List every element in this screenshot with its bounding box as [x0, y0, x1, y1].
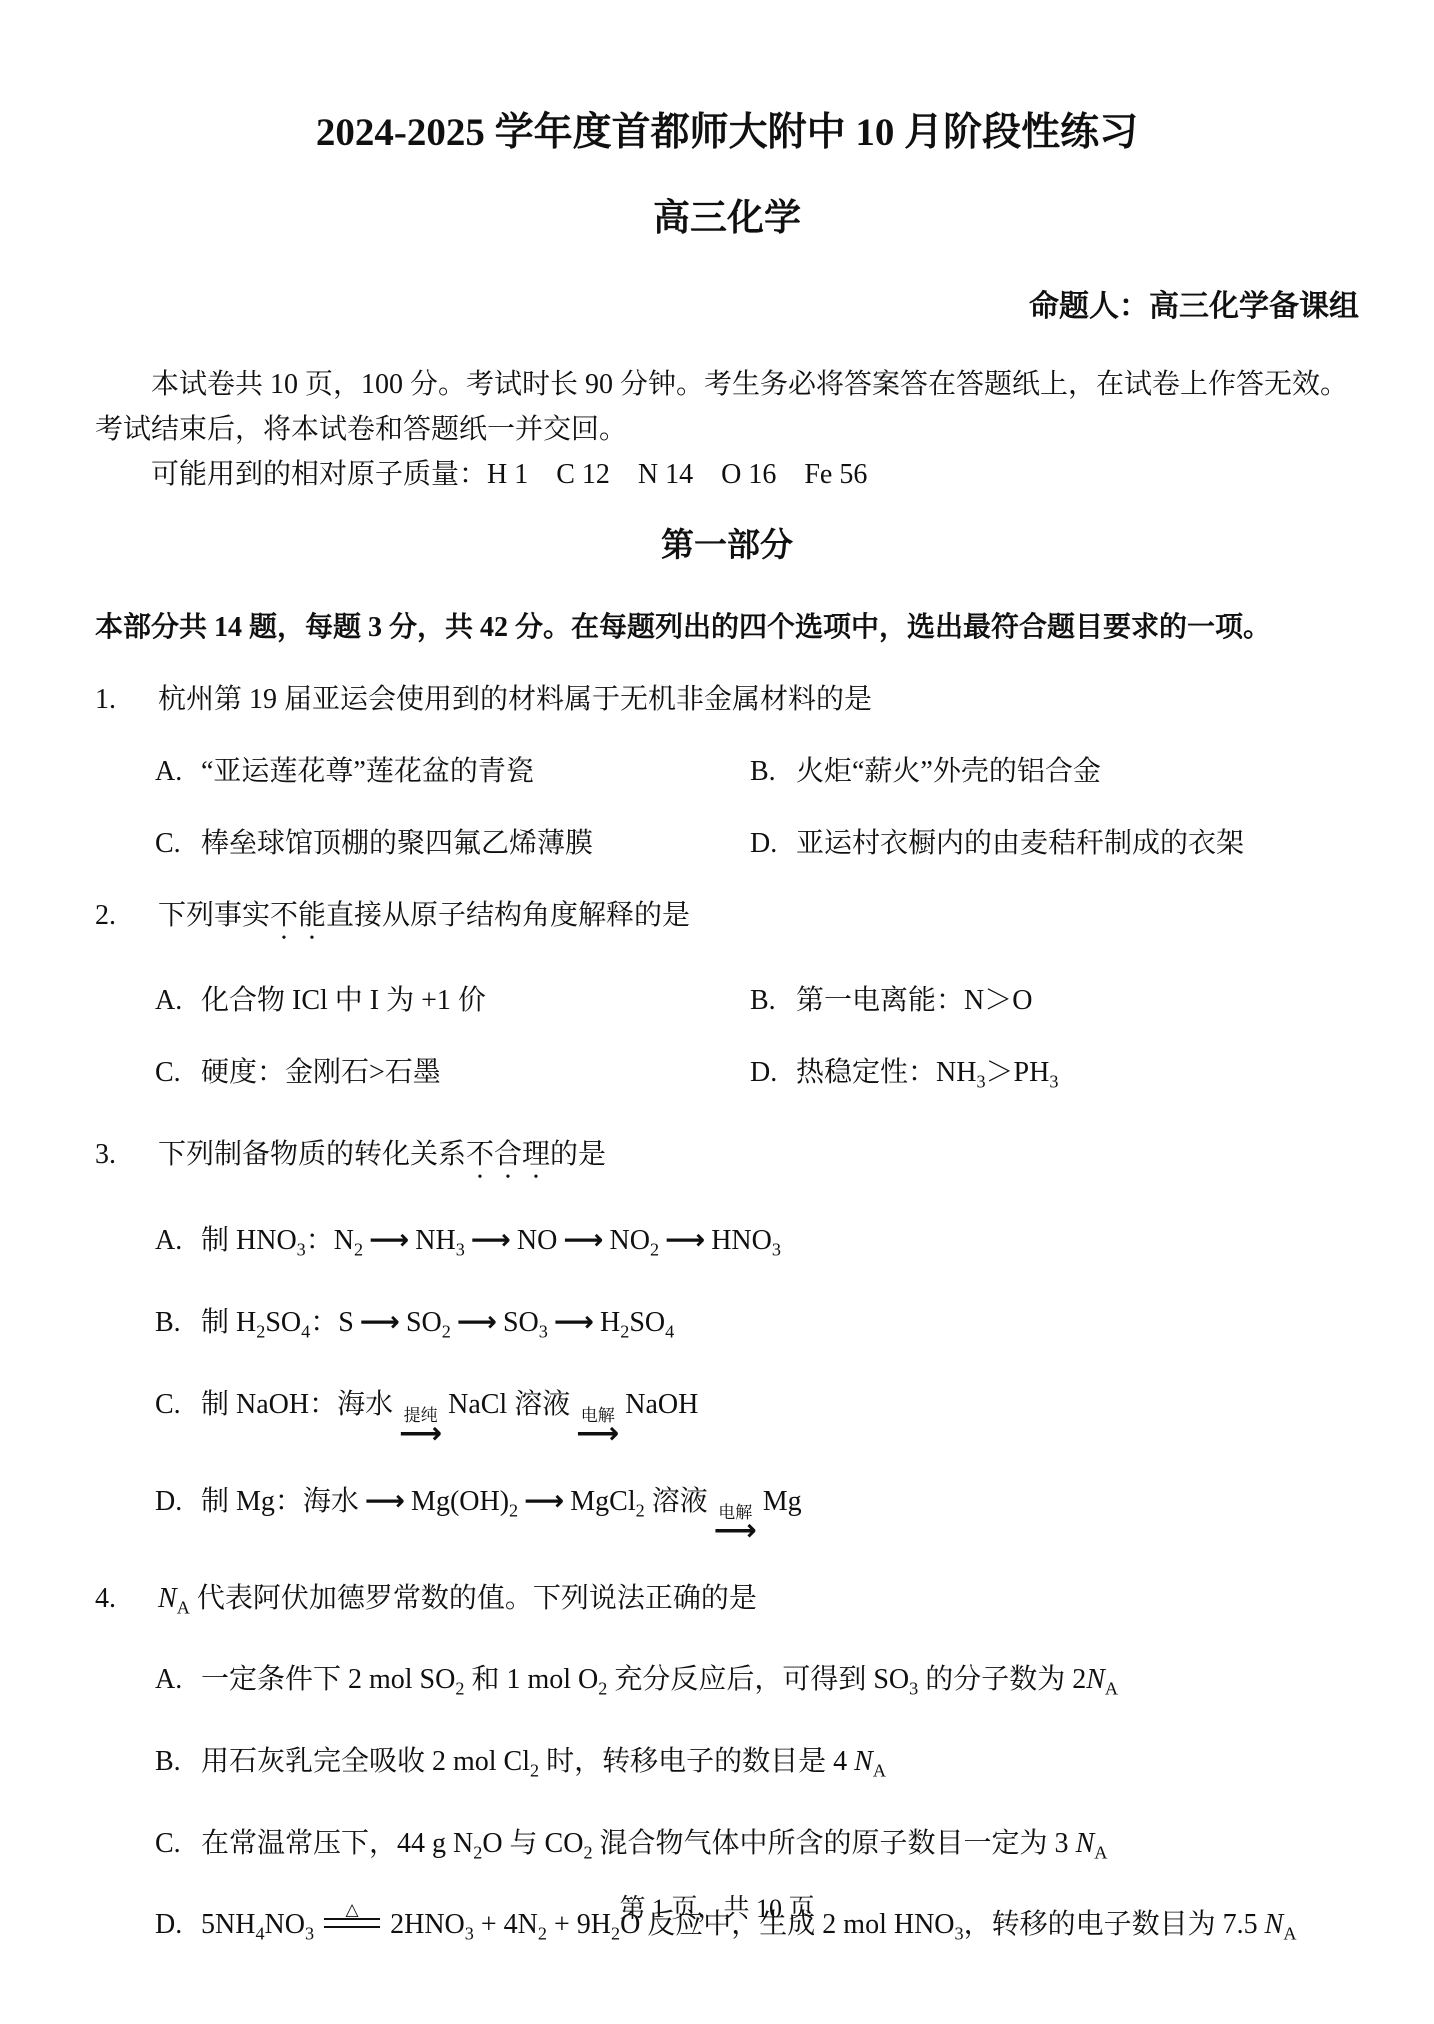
question: 3. 下列制备物质的转化关系不合理的是 A.制 HNO3：N2⟶NH3⟶NO⟶N… [95, 1137, 1359, 1544]
option-text: 亚运村衣橱内的由麦秸秆制成的衣架 [796, 828, 1244, 859]
atomic-masses-line: 可能用到的相对原子质量：H 1 C 12 N 14 O 16 Fe 56 [95, 452, 1359, 497]
option: A.“亚运莲花尊”莲花盆的青瓷 [155, 754, 750, 789]
option: A.一定条件下 2 mol SO2 和 1 mol O2 充分反应后，可得到 S… [155, 1662, 1359, 1707]
option-label: A. [155, 983, 201, 1018]
option: A.制 HNO3：N2⟶NH3⟶NO⟶NO2⟶HNO3 [155, 1222, 1359, 1268]
option: B.第一电离能：N＞O [750, 983, 1359, 1018]
option-label: C. [155, 1055, 201, 1090]
option-list: A.“亚运莲花尊”莲花盆的青瓷B.火炬“薪火”外壳的铝合金C.棒垒球馆顶棚的聚四… [95, 754, 1359, 861]
option-label: B. [750, 983, 796, 1018]
section-instruction: 本部分共 14 题，每题 3 分，共 42 分。在每题列出的四个选项中，选出最符… [95, 610, 1359, 645]
option: D.亚运村衣橱内的由麦秸秆制成的衣架 [750, 826, 1359, 861]
question-stem: NA 代表阿伏加德罗常数的值。下列说法正确的是 [158, 1581, 1359, 1626]
option: A.化合物 ICl 中 I 为 +1 价 [155, 983, 750, 1018]
page-footer: 第 1 页，共 10 页 [0, 1888, 1434, 1925]
question-list: 1. 杭州第 19 届亚运会使用到的材料属于无机非金属材料的是 A.“亚运莲花尊… [95, 682, 1359, 1952]
exam-intro: 本试卷共 10 页，100 分。考试时长 90 分钟。考生务必将答案答在答题纸上… [95, 362, 1359, 452]
option-text: 制 NaOH：海水提纯⟶NaCl 溶液电解⟶NaOH [201, 1389, 698, 1420]
question-stem-row: 2. 下列事实不能直接从原子结构角度解释的是 [95, 898, 1359, 946]
question-stem: 下列制备物质的转化关系不合理的是 [158, 1137, 1359, 1185]
option-label: B. [750, 754, 796, 789]
option-list: A.化合物 ICl 中 I 为 +1 价B.第一电离能：N＞OC.硬度：金刚石>… [95, 983, 1359, 1100]
section-title: 第一部分 [95, 525, 1359, 568]
question-stem: 杭州第 19 届亚运会使用到的材料属于无机非金属材料的是 [158, 682, 1359, 717]
option-text: 棒垒球馆顶棚的聚四氟乙烯薄膜 [201, 828, 593, 859]
option-text: 化合物 ICl 中 I 为 +1 价 [201, 985, 486, 1016]
question-stem-row: 3. 下列制备物质的转化关系不合理的是 [95, 1137, 1359, 1185]
option-text: 制 Mg：海水⟶Mg(OH)2⟶MgCl2 溶液电解⟶Mg [201, 1486, 802, 1517]
option-text: 用石灰乳完全吸收 2 mol Cl2 时，转移电子的数目是 4 NA [201, 1746, 886, 1777]
question-stem-row: 1. 杭州第 19 届亚运会使用到的材料属于无机非金属材料的是 [95, 682, 1359, 717]
option: C.硬度：金刚石>石墨 [155, 1055, 750, 1100]
question-number: 3. [95, 1137, 158, 1185]
option: C.制 NaOH：海水提纯⟶NaCl 溶液电解⟶NaOH [155, 1387, 1359, 1447]
option-text: 热稳定性：NH3＞PH3 [796, 1057, 1058, 1088]
question-number: 4. [95, 1581, 158, 1626]
option-label: D. [750, 826, 796, 861]
option: B.火炬“薪火”外壳的铝合金 [750, 754, 1359, 789]
option-text: 硬度：金刚石>石墨 [201, 1057, 441, 1088]
question: 1. 杭州第 19 届亚运会使用到的材料属于无机非金属材料的是 A.“亚运莲花尊… [95, 682, 1359, 861]
question: 2. 下列事实不能直接从原子结构角度解释的是 A.化合物 ICl 中 I 为 +… [95, 898, 1359, 1100]
option: D.热稳定性：NH3＞PH3 [750, 1055, 1359, 1100]
option-text: 在常温常压下，44 g N2O 与 CO2 混合物气体中所含的原子数目一定为 3… [201, 1828, 1107, 1859]
option-label: B. [155, 1744, 201, 1779]
exam-page: 2024-2025 学年度首都师大附中 10 月阶段性练习 高三化学 命题人：高… [0, 0, 1434, 2024]
option-label: D. [155, 1484, 201, 1519]
option-label: D. [750, 1055, 796, 1090]
option-text: “亚运莲花尊”莲花盆的青瓷 [201, 756, 534, 787]
option-text: 第一电离能：N＞O [796, 985, 1032, 1016]
option: B.制 H2SO4：S⟶SO2⟶SO3⟶H2SO4 [155, 1304, 1359, 1350]
option-text: 火炬“薪火”外壳的铝合金 [796, 756, 1101, 787]
page-title: 2024-2025 学年度首都师大附中 10 月阶段性练习 [95, 110, 1359, 157]
question-stem-row: 4. NA 代表阿伏加德罗常数的值。下列说法正确的是 [95, 1581, 1359, 1626]
question-number: 1. [95, 682, 158, 717]
option-label: A. [155, 1223, 201, 1258]
option-label: C. [155, 826, 201, 861]
option-label: C. [155, 1826, 201, 1861]
author-line: 命题人：高三化学备课组 [95, 289, 1359, 325]
option: B.用石灰乳完全吸收 2 mol Cl2 时，转移电子的数目是 4 NA [155, 1744, 1359, 1789]
option-text: 制 H2SO4：S⟶SO2⟶SO3⟶H2SO4 [201, 1307, 674, 1338]
question-stem: 下列事实不能直接从原子结构角度解释的是 [158, 898, 1359, 946]
option-label: A. [155, 1662, 201, 1697]
option-label: C. [155, 1387, 201, 1422]
option-text: 制 HNO3：N2⟶NH3⟶NO⟶NO2⟶HNO3 [201, 1225, 781, 1256]
page-subtitle: 高三化学 [95, 197, 1359, 241]
option: D.制 Mg：海水⟶Mg(OH)2⟶MgCl2 溶液电解⟶Mg [155, 1483, 1359, 1544]
option-label: A. [155, 754, 201, 789]
option: C.棒垒球馆顶棚的聚四氟乙烯薄膜 [155, 826, 750, 861]
option-list: A.制 HNO3：N2⟶NH3⟶NO⟶NO2⟶HNO3B.制 H2SO4：S⟶S… [95, 1222, 1359, 1544]
question-number: 2. [95, 898, 158, 946]
option-text: 一定条件下 2 mol SO2 和 1 mol O2 充分反应后，可得到 SO3… [201, 1664, 1118, 1695]
option: C.在常温常压下，44 g N2O 与 CO2 混合物气体中所含的原子数目一定为… [155, 1826, 1359, 1871]
option-label: B. [155, 1305, 201, 1340]
